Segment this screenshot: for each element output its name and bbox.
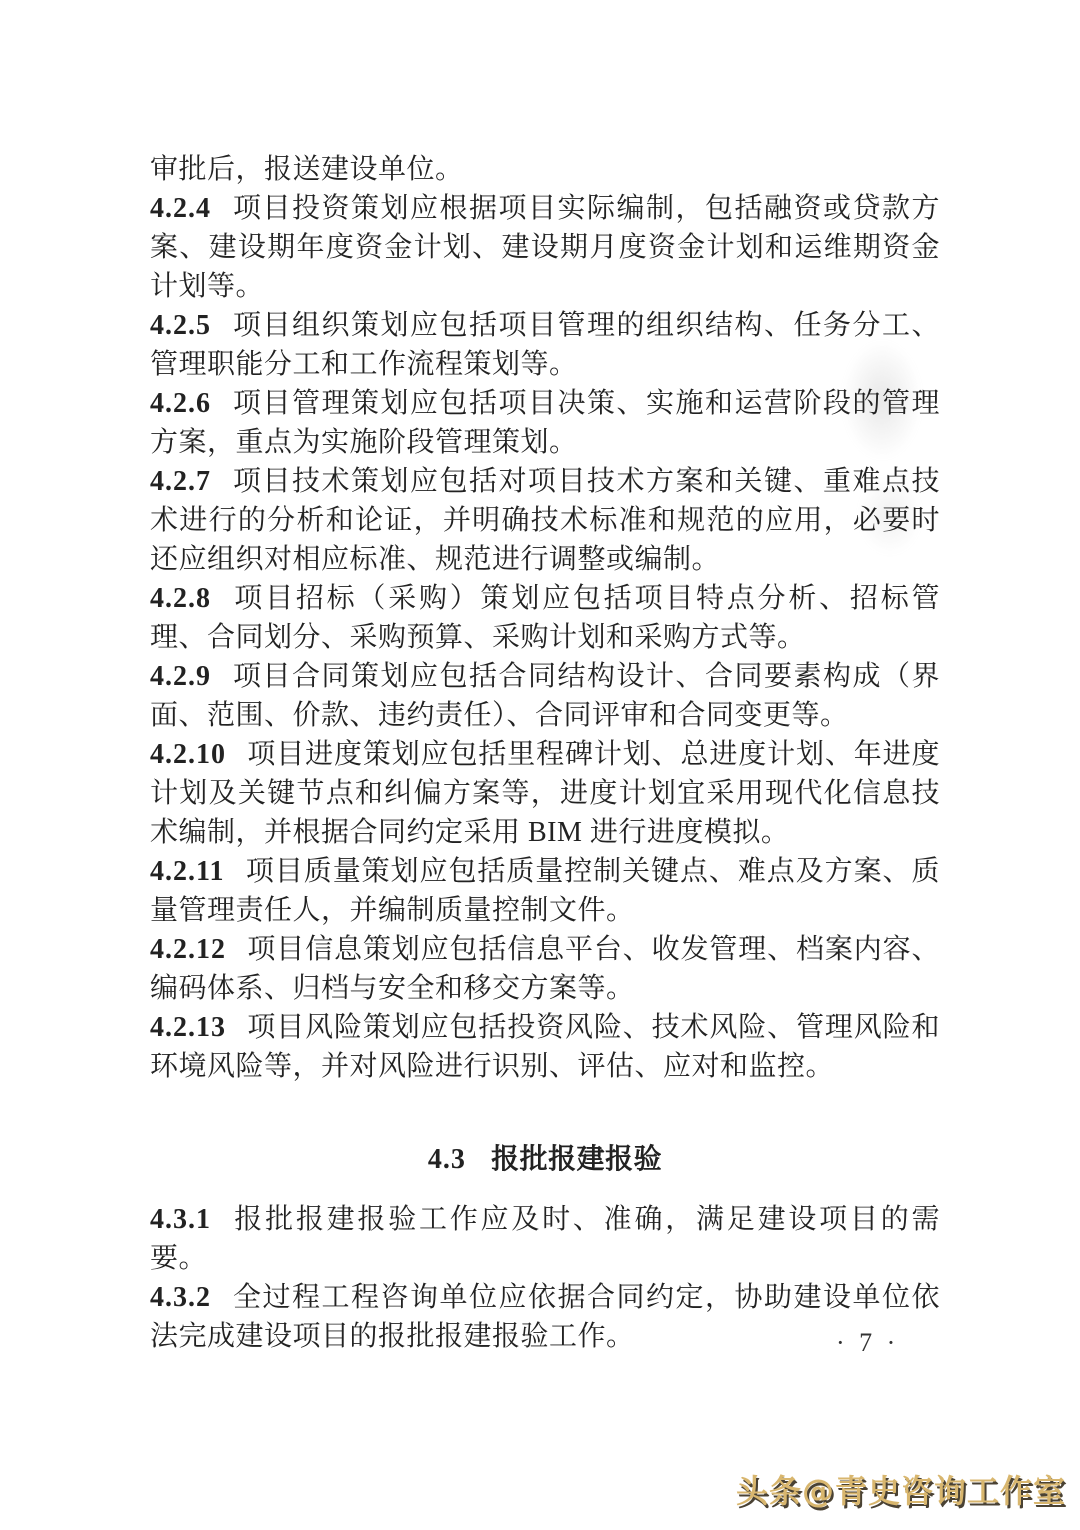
clause-text: 项目投资策划应根据项目实际编制，包括融资或贷款方案、建设期年度资金计划、建设期月… xyxy=(150,193,940,302)
clause-text: 项目进度策划应包括里程碑计划、总进度计划、年进度计划及关键节点和纠偏方案等，进度… xyxy=(150,739,940,848)
clause-text: 项目管理策划应包括项目决策、实施和运营阶段的管理方案，重点为实施阶段管理策划。 xyxy=(150,388,940,458)
clause-4-2-6: 4.2.6项目管理策划应包括项目决策、实施和运营阶段的管理方案，重点为实施阶段管… xyxy=(150,384,940,462)
document-page: 审批后，报送建设单位。 4.2.4项目投资策划应根据项目实际编制，包括融资或贷款… xyxy=(0,0,1080,1530)
clause-number: 4.2.12 xyxy=(150,934,226,965)
clause-number: 4.2.6 xyxy=(150,388,211,419)
clause-4-3-1: 4.3.1报批报建报验工作应及时、准确，满足建设项目的需要。 xyxy=(150,1200,940,1278)
clause-number: 4.2.7 xyxy=(150,466,211,497)
clause-continuation: 审批后，报送建设单位。 xyxy=(150,150,940,189)
clause-number: 4.2.10 xyxy=(150,739,226,770)
clause-text: 项目质量策划应包括质量控制关键点、难点及方案、质量管理责任人，并编制质量控制文件… xyxy=(150,856,940,926)
clause-number: 4.2.13 xyxy=(150,1012,226,1043)
clause-number: 4.2.11 xyxy=(150,856,224,887)
clause-text: 项目合同策划应包括合同结构设计、合同要素构成（界面、范围、价款、违约责任）、合同… xyxy=(150,661,940,731)
clause-number: 4.3.1 xyxy=(150,1204,211,1235)
clause-text: 项目组织策划应包括项目管理的组织结构、任务分工、管理职能分工和工作流程策划等。 xyxy=(150,310,940,380)
page-number: · 7 · xyxy=(836,1328,899,1358)
clause-text: 项目招标（采购）策划应包括项目特点分析、招标管理、合同划分、采购预算、采购计划和… xyxy=(150,583,940,653)
clause-4-2-4: 4.2.4项目投资策划应根据项目实际编制，包括融资或贷款方案、建设期年度资金计划… xyxy=(150,189,940,306)
clause-text: 审批后，报送建设单位。 xyxy=(150,154,464,185)
clause-4-2-13: 4.2.13项目风险策划应包括投资风险、技术风险、管理风险和环境风险等，并对风险… xyxy=(150,1008,940,1086)
clause-4-2-8: 4.2.8项目招标（采购）策划应包括项目特点分析、招标管理、合同划分、采购预算、… xyxy=(150,579,940,657)
section-heading-4-3: 4.3报批报建报验 xyxy=(150,1140,940,1179)
clause-4-2-5: 4.2.5项目组织策划应包括项目管理的组织结构、任务分工、管理职能分工和工作流程… xyxy=(150,306,940,384)
watermark: 头条@青史咨询工作室 xyxy=(736,1466,1066,1512)
clause-number: 4.2.9 xyxy=(150,661,211,692)
clause-number: 4.2.8 xyxy=(150,583,211,614)
clause-text: 报批报建报验工作应及时、准确，满足建设项目的需要。 xyxy=(150,1204,940,1274)
clause-text: 项目技术策划应包括对项目技术方案和关键、重难点技术进行的分析和论证，并明确技术标… xyxy=(150,466,940,575)
section-title: 报批报建报验 xyxy=(491,1144,662,1175)
clause-4-3-2: 4.3.2全过程工程咨询单位应依据合同约定，协助建设单位依法完成建设项目的报批报… xyxy=(150,1278,940,1356)
clause-number: 4.3.2 xyxy=(150,1282,211,1313)
page-body: 审批后，报送建设单位。 4.2.4项目投资策划应根据项目实际编制，包括融资或贷款… xyxy=(150,150,940,1356)
clause-text: 全过程工程咨询单位应依据合同约定，协助建设单位依法完成建设项目的报批报建报验工作… xyxy=(150,1282,940,1352)
clause-4-2-7: 4.2.7项目技术策划应包括对项目技术方案和关键、重难点技术进行的分析和论证，并… xyxy=(150,462,940,579)
clause-4-2-9: 4.2.9项目合同策划应包括合同结构设计、合同要素构成（界面、范围、价款、违约责… xyxy=(150,657,940,735)
clause-4-2-10: 4.2.10项目进度策划应包括里程碑计划、总进度计划、年进度计划及关键节点和纠偏… xyxy=(150,735,940,852)
clause-text: 项目风险策划应包括投资风险、技术风险、管理风险和环境风险等，并对风险进行识别、评… xyxy=(150,1012,940,1082)
clause-4-2-11: 4.2.11项目质量策划应包括质量控制关键点、难点及方案、质量管理责任人，并编制… xyxy=(150,852,940,930)
clause-number: 4.2.4 xyxy=(150,193,211,224)
clause-4-2-12: 4.2.12项目信息策划应包括信息平台、收发管理、档案内容、编码体系、归档与安全… xyxy=(150,930,940,1008)
clause-number: 4.2.5 xyxy=(150,310,211,341)
clause-text: 项目信息策划应包括信息平台、收发管理、档案内容、编码体系、归档与安全和移交方案等… xyxy=(150,934,940,1004)
section-number: 4.3 xyxy=(428,1144,466,1175)
